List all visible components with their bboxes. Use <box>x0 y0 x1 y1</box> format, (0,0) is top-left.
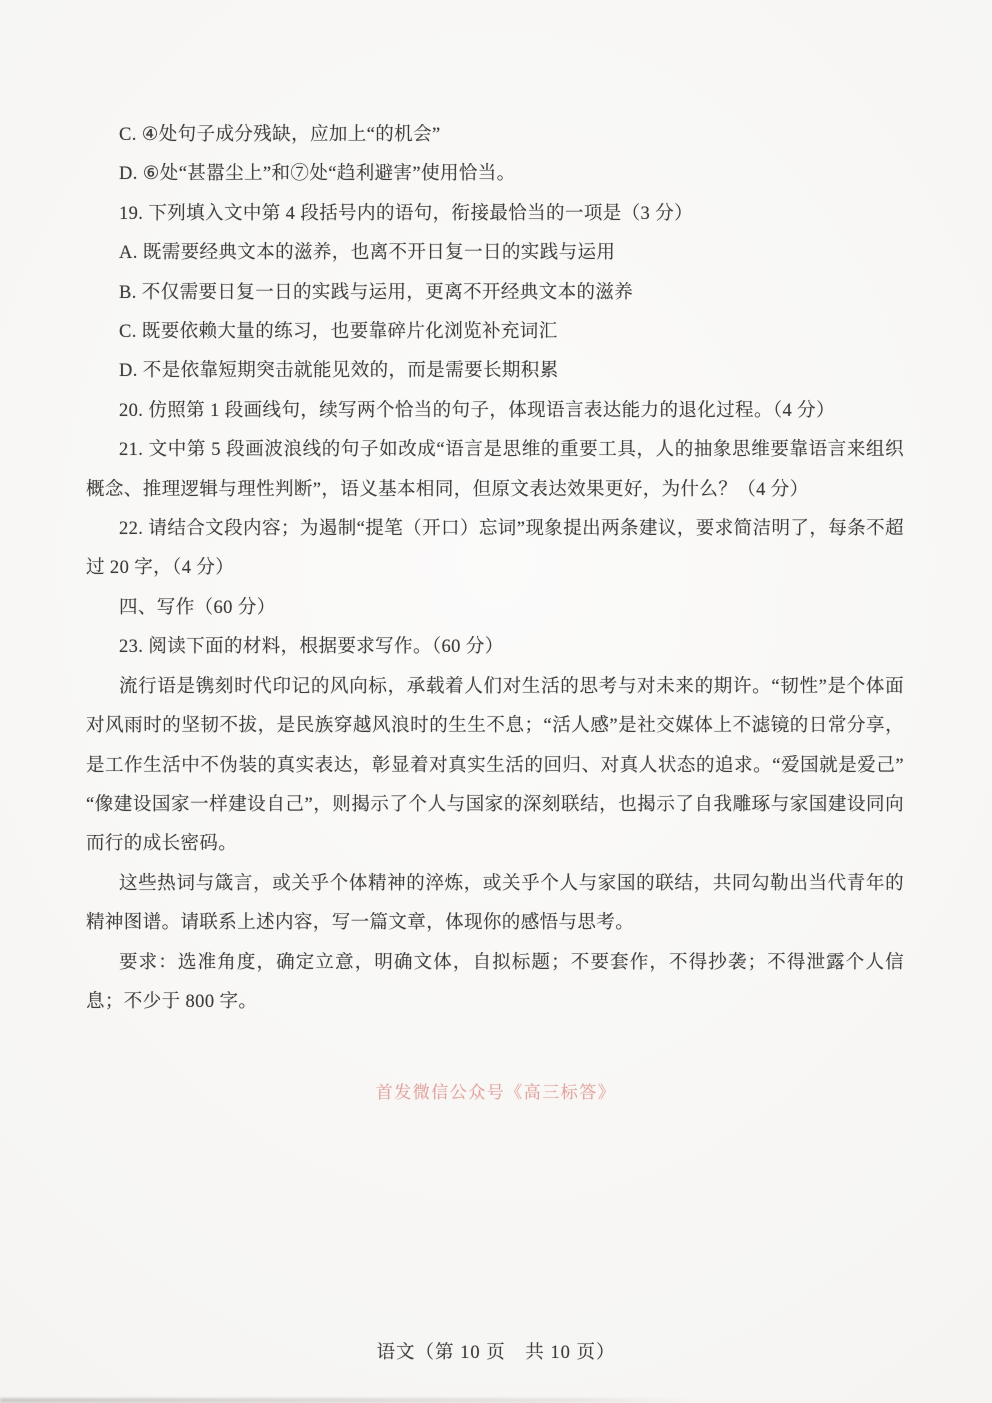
option-19-c: C. 既要依赖大量的练习，也要靠碎片化浏览补充词汇 <box>86 313 904 352</box>
option-18-d: D. ⑥处“甚嚣尘上”和⑦处“趋利避害”使用恰当。 <box>86 155 904 194</box>
page-footer: 语文（第 10 页 共 10 页） <box>0 1338 992 1364</box>
option-19-b: B. 不仅需要日复一日的实践与运用，更离不开经典文本的滋养 <box>86 274 904 313</box>
option-19-a: A. 既需要经典文本的滋养，也离不开日复一日的实践与运用 <box>86 234 904 273</box>
exam-text-block: C. ④处句子成分残缺，应加上“的机会” D. ⑥处“甚嚣尘上”和⑦处“趋利避害… <box>86 116 904 1022</box>
material-paragraph-1: 流行语是镌刻时代印记的风向标，承载着人们对生活的思考与对未来的期许。“韧性”是个… <box>86 668 904 865</box>
material-paragraph-2: 这些热词与箴言，或关乎个体精神的淬炼，或关乎个人与家国的联结，共同勾勒出当代青年… <box>86 865 904 944</box>
question-21: 21. 文中第 5 段画波浪线的句子如改成“语言是思维的重要工具，人的抽象思维要… <box>86 431 904 510</box>
requirements-paragraph: 要求：选准角度，确定立意，明确文体，自拟标题；不要套作，不得抄袭；不得泄露个人信… <box>86 944 904 1023</box>
option-19-d: D. 不是依靠短期突击就能见效的，而是需要长期积累 <box>86 352 904 391</box>
watermark-text: 首发微信公众号《高三标答》 <box>0 1078 992 1103</box>
section-heading-writing: 四、写作（60 分） <box>86 589 904 628</box>
scanned-exam-page: C. ④处句子成分残缺，应加上“的机会” D. ⑥处“甚嚣尘上”和⑦处“趋利避害… <box>0 0 992 1403</box>
question-23-stem: 23. 阅读下面的材料，根据要求写作。（60 分） <box>86 628 904 667</box>
question-22: 22. 请结合文段内容；为遏制“提笔（开口）忘词”现象提出两条建议，要求简洁明了… <box>86 510 904 589</box>
question-20: 20. 仿照第 1 段画线句，续写两个恰当的句子，体现语言表达能力的退化过程。（… <box>86 392 904 431</box>
scan-edge-artifact <box>0 1398 700 1403</box>
option-18-c: C. ④处句子成分残缺，应加上“的机会” <box>86 116 904 155</box>
question-19-stem: 19. 下列填入文中第 4 段括号内的语句，衔接最恰当的一项是（3 分） <box>86 195 904 234</box>
